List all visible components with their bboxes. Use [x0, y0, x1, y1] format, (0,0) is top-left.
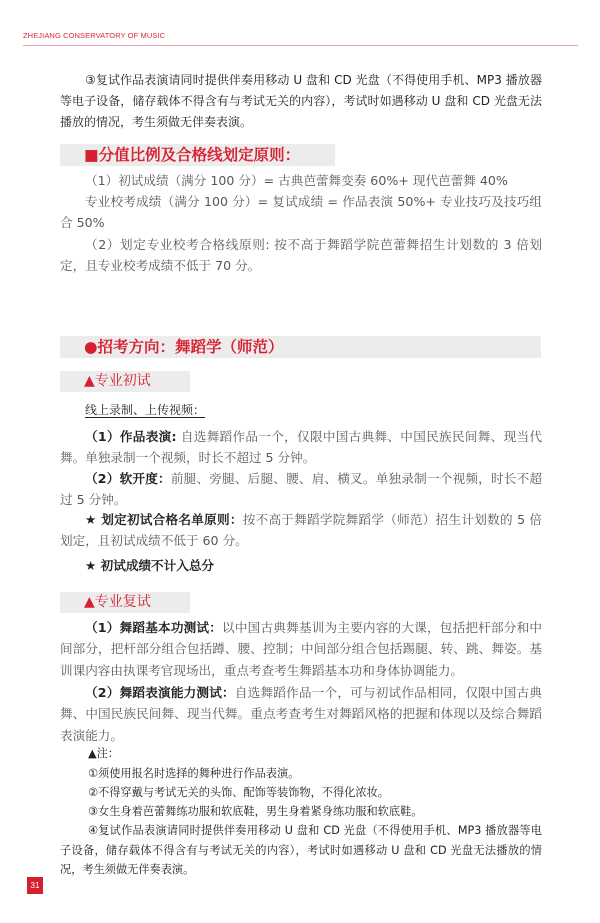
subsection-title-preliminary: ▲专业初试 — [60, 371, 190, 392]
running-header-title: ZHEJIANG CONSERVATORY OF MUSIC — [23, 31, 165, 40]
item-label: ★ 划定初试合格名单原则： — [85, 512, 243, 527]
header-divider — [23, 45, 578, 46]
retest-item-1: （1）舞蹈基本功测试：以中国古典舞基训为主要内容的大课，包括把杆部分和中间部分，… — [60, 617, 542, 681]
preliminary-item-2: （2）软开度：前腿、旁腿、后腿、腰、肩、横叉。单独录制一个视频，时长不超过 5 … — [60, 468, 542, 511]
preliminary-footnote: ★ 初试成绩不计入总分 — [60, 555, 542, 576]
page-number-badge: 31 — [27, 877, 43, 894]
subsection-title-retest: ▲专业复试 — [60, 592, 190, 613]
note-4: ④复试作品表演请同时提供伴奏用移动 U 盘和 CD 光盘（不得使用手机、MP3 … — [60, 821, 542, 880]
preliminary-item-3: ★ 划定初试合格名单原则：按不高于舞蹈学院舞蹈学（师范）招生计划数的 5 倍划定… — [60, 509, 542, 552]
section-title-direction: ●招考方向：舞蹈学（师范） — [60, 336, 541, 358]
note-1: ①须使用报名时选择的舞种进行作品表演。 — [88, 764, 542, 784]
scoring-line-3: （2）划定专业校考合格线原则: 按不高于舞蹈学院芭蕾舞招生计划数的 3 倍划定，… — [60, 234, 542, 277]
preliminary-subtitle: 线上录制、上传视频： — [85, 403, 205, 417]
note-2: ②不得穿戴与考试无关的头饰、配饰等装饰物，不得化浓妆。 — [88, 783, 542, 803]
note-3: ③女生身着芭蕾舞练功服和软底鞋，男生身着紧身练功服和软底鞋。 — [88, 802, 542, 822]
scoring-line-1: （1）初试成绩（满分 100 分）= 古典芭蕾舞变奏 60%+ 现代芭蕾舞 40… — [60, 170, 542, 191]
item-label: （2）软开度： — [85, 471, 171, 486]
item-label: （1）舞蹈基本功测试： — [85, 620, 222, 635]
top-note-paragraph: ③复试作品表演请同时提供伴奏用移动 U 盘和 CD 光盘（不得使用手机、MP3 … — [60, 70, 542, 133]
preliminary-subtitle-line: 线上录制、上传视频： — [60, 400, 542, 421]
scoring-line-2: 专业校考成绩（满分 100 分）= 复试成绩 = 作品表演 50%+ 专业技巧及… — [60, 191, 542, 234]
footnote-text: ★ 初试成绩不计入总分 — [85, 558, 214, 573]
retest-item-2: （2）舞蹈表演能力测试：自选舞蹈作品一个，可与初试作品相同，仅限中国古典舞、中国… — [60, 682, 542, 746]
item-label: （2）舞蹈表演能力测试： — [85, 685, 235, 700]
item-label: （1）作品表演: — [85, 429, 177, 444]
notes-title: ▲注： — [88, 744, 542, 764]
preliminary-item-1: （1）作品表演: 自选舞蹈作品一个，仅限中国古典舞、中国民族民间舞、现当代舞。单… — [60, 426, 542, 469]
section-title-scoring: ■分值比例及合格线划定原则： — [60, 144, 335, 166]
